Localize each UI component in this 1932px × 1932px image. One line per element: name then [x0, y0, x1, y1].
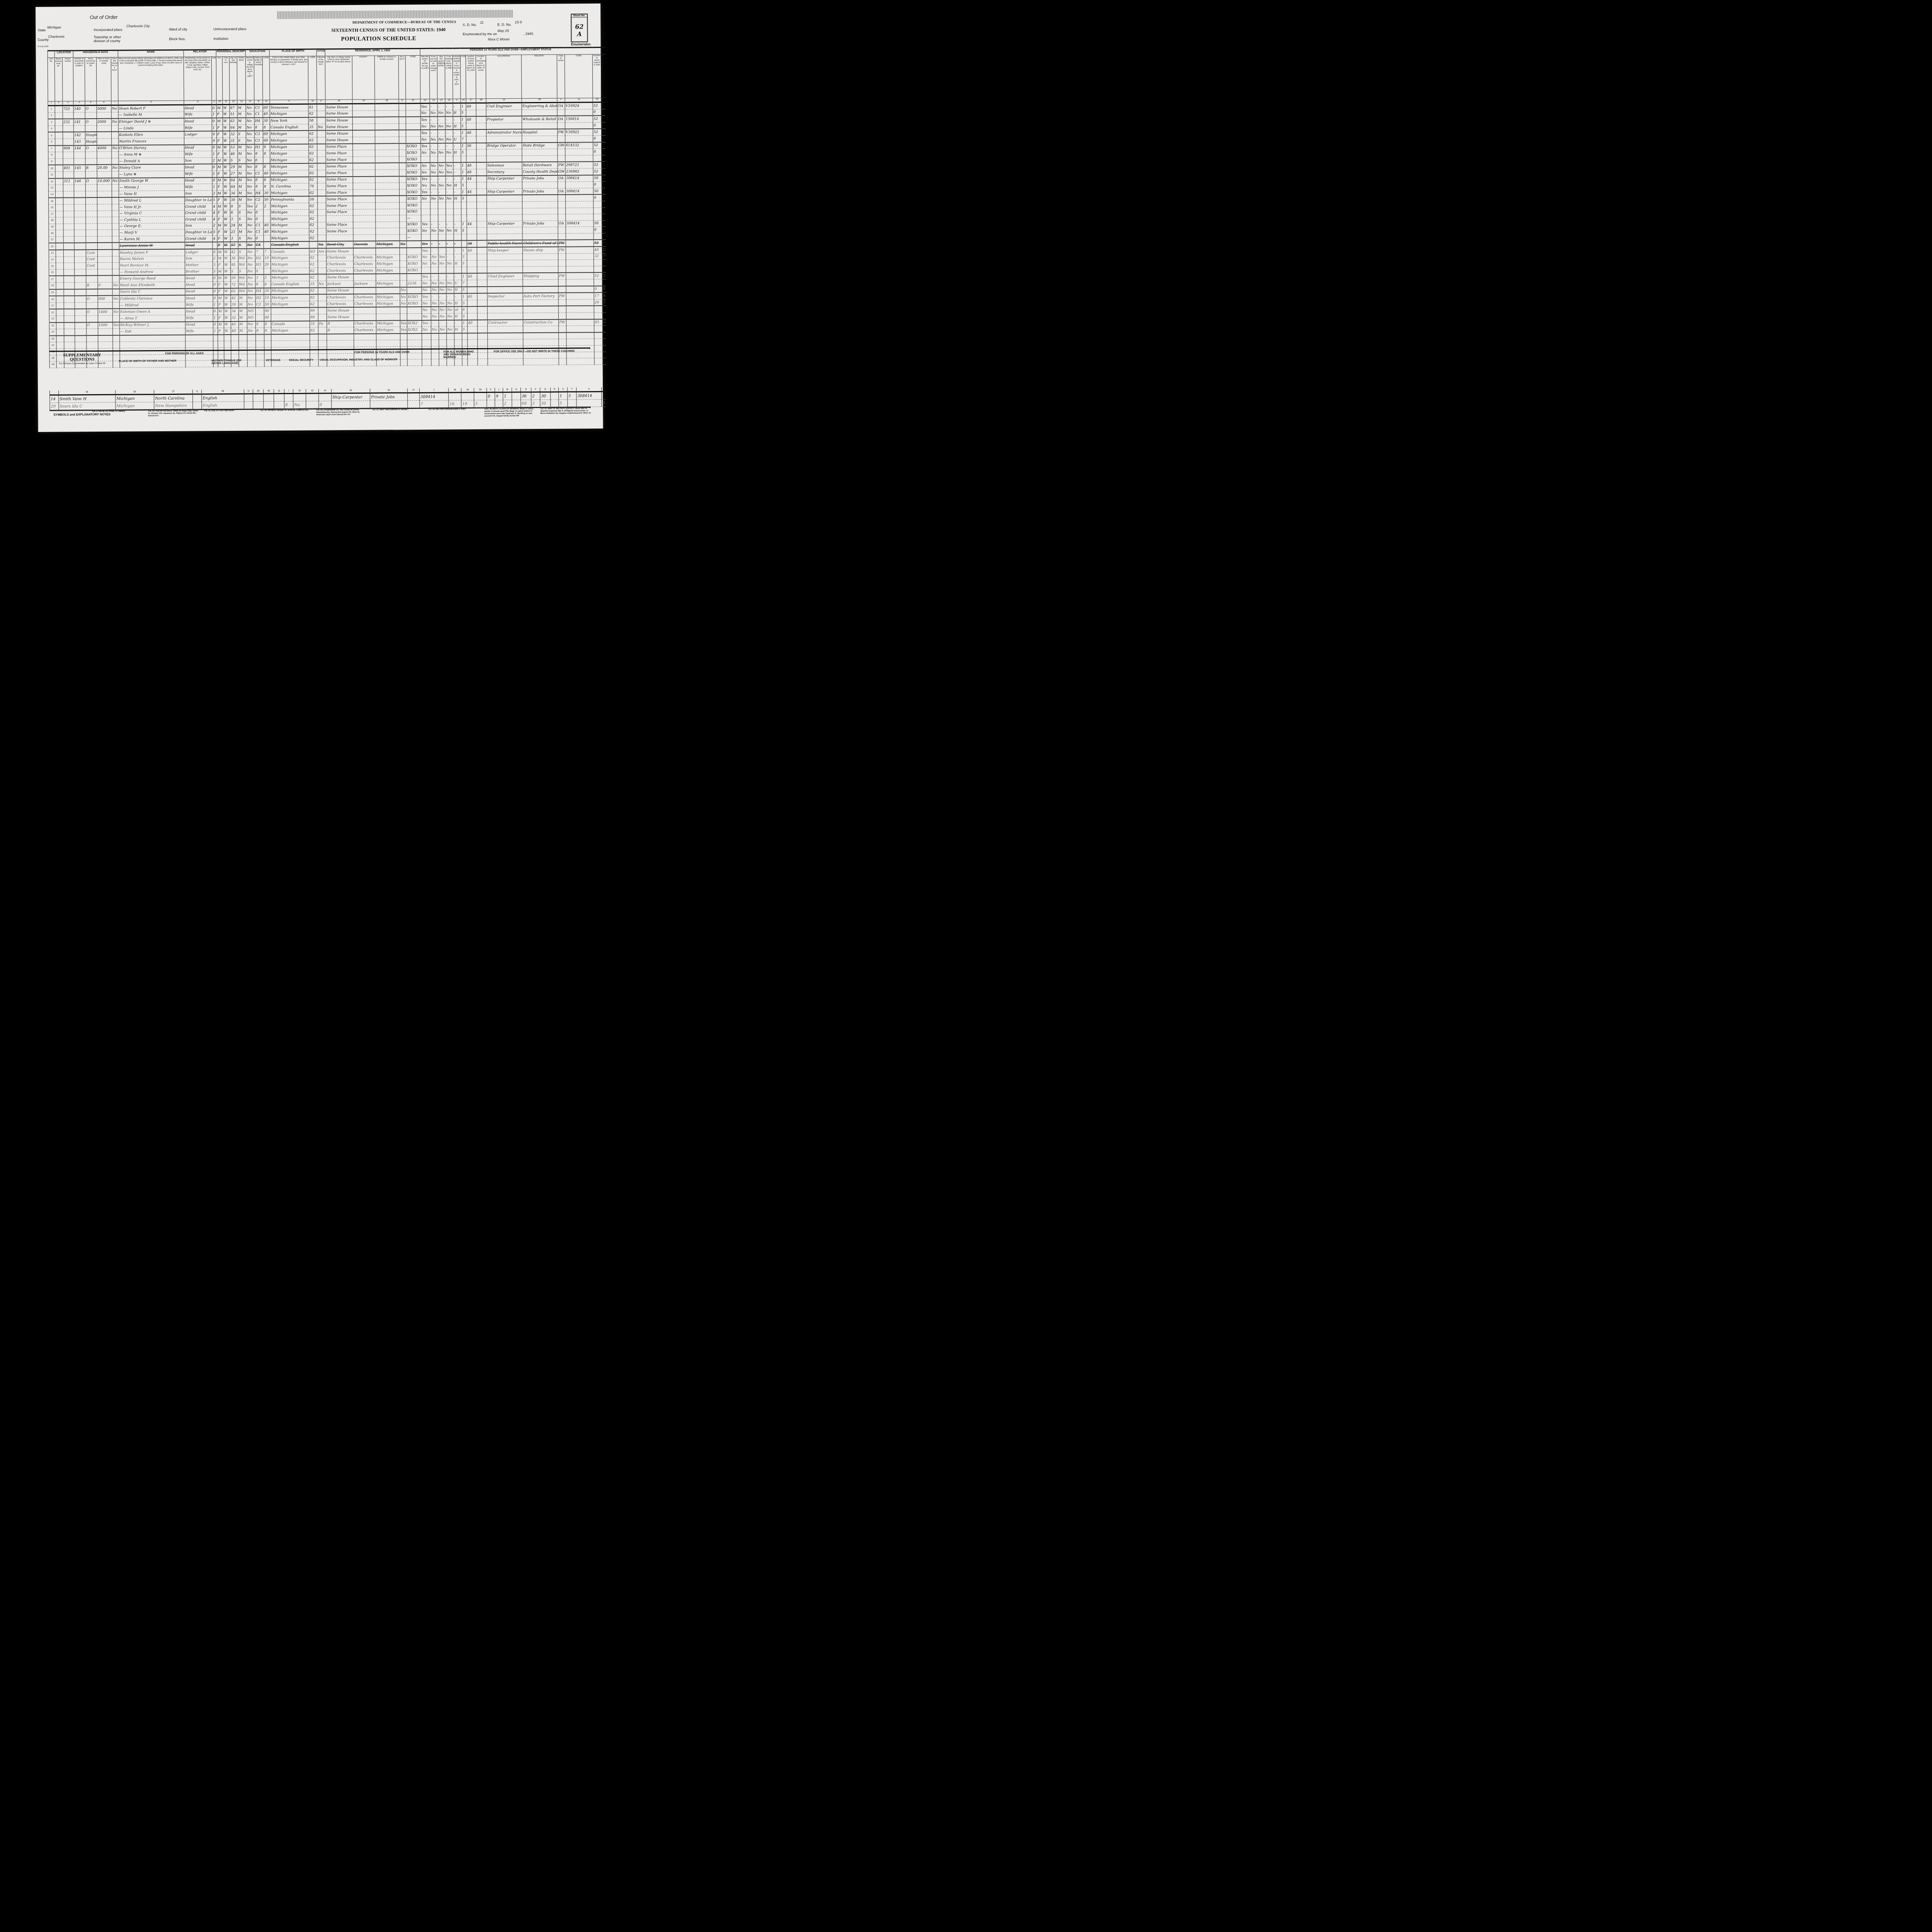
supp-cell-code-h [244, 401, 253, 409]
cell-res-city: R [327, 327, 354, 334]
column-description: House number [62, 58, 73, 101]
cell-line: 12 [48, 178, 55, 185]
cell-res-county [353, 189, 375, 196]
cell-age: 51 [230, 111, 237, 118]
cell-birthplace: Canada English [270, 124, 308, 131]
cell-has-job [446, 202, 454, 209]
cell-occupation: Chief Engineer [487, 273, 523, 280]
cell-sex: M [217, 164, 223, 170]
cell-occupation [487, 306, 523, 313]
cell-seeking [438, 156, 446, 163]
cell-birthplace: Michigan [270, 157, 309, 164]
cell-citizen [318, 196, 326, 203]
cell-birthplace: Michigan [270, 163, 309, 170]
cell-code-c [310, 340, 318, 347]
cell-weeks-unemp [477, 254, 487, 260]
cell-house [63, 230, 74, 236]
cell-code-b: 90 [264, 308, 271, 315]
supplementary-column-number: 39 [253, 389, 264, 394]
cell-age: 39 [231, 301, 238, 308]
cell-seeking: No [437, 110, 445, 117]
cell-race: W [223, 124, 230, 131]
cell-street [56, 204, 63, 211]
sheet-number-value: 62 A [571, 23, 587, 37]
sub-mother-tongue: MOTHER TONGUE (OR NATIVE LANGUAGE) [212, 359, 250, 365]
cell-hours: 48 [466, 129, 476, 136]
cell-wages [602, 279, 606, 286]
cell-line: 13 [48, 185, 55, 191]
cell-other: - [454, 221, 461, 228]
cell-tenure [86, 236, 97, 243]
cell-marital: M [237, 124, 246, 131]
cell-race: W [223, 164, 230, 170]
cell-code-f [565, 149, 593, 155]
cell-relation: Wife [184, 111, 212, 118]
cell-code-b: 8 [264, 281, 271, 288]
cell-res-farm [399, 156, 406, 163]
cell-hours [467, 260, 477, 267]
cell-line: 24 [49, 257, 56, 263]
cell-weeks-1939: 17 [594, 293, 602, 299]
cell-other: H [453, 110, 461, 116]
cell-industry [522, 149, 558, 155]
supp-cell-line: 14 [50, 395, 59, 403]
cell-street [55, 145, 63, 152]
cell-birthplace: New York [270, 117, 308, 124]
cell-emergency [430, 202, 438, 209]
cell-age: 32 [231, 315, 238, 321]
cell-other [454, 333, 462, 340]
cell-emergency: - [430, 248, 438, 254]
cell-school: No [247, 216, 255, 223]
cell-emergency [431, 340, 439, 347]
cell-cow: OA [557, 116, 565, 122]
cell-hh [73, 126, 85, 132]
cell-other: - [453, 176, 461, 182]
cell-street [56, 230, 63, 236]
cell-weeks-1939: 0 [593, 109, 601, 116]
cell-weeks-unemp [478, 340, 488, 346]
cell-seeking: - [438, 130, 446, 136]
supp-cell-o: 68 [521, 400, 531, 407]
column-number: 20 [375, 99, 399, 104]
cell-citizen [318, 274, 327, 281]
column-number: 31 [565, 98, 593, 102]
cell-relation: Lodger [184, 131, 212, 138]
cell-value [98, 335, 113, 342]
cell-res-city: Charlevoix [327, 255, 354, 261]
cell-relation: Head [185, 295, 213, 302]
cell-line: 33 [49, 316, 56, 322]
cell-hours: 48 [466, 162, 476, 169]
cell-wages [602, 207, 606, 214]
column-description: Color or race [222, 56, 230, 100]
cell-street [55, 191, 63, 198]
cell-has-job: - [446, 221, 454, 228]
cell-code-f: V16924 [565, 102, 593, 109]
cell-has-job: - [446, 130, 453, 136]
cell-wages: 0 [602, 220, 606, 227]
cell-code-e [461, 202, 467, 209]
cell-relation: Son [184, 190, 212, 197]
cell-code-f [566, 326, 594, 333]
cell-res-state [375, 143, 399, 150]
cell-grade: 8 [256, 328, 264, 334]
column-description: On a farm? [398, 56, 406, 99]
cell-cow [558, 260, 566, 266]
cell-res-county [354, 274, 376, 281]
cell-wages: 0 [602, 286, 606, 293]
cell-emergency: - [430, 103, 437, 110]
cell-weeks-1939 [594, 345, 603, 352]
supp-cell-code-i: 8 [284, 401, 293, 408]
cell-grade [255, 315, 264, 321]
column-group-10 [601, 47, 606, 54]
population-schedule-table: LOCATIONHOUSEHOLD DATANAMERELATIONPERSON… [48, 47, 606, 368]
block-label: Block Nos. [169, 37, 185, 41]
cell-wages: 1040 [602, 168, 606, 175]
cell-weeks-unemp [477, 306, 487, 313]
cell-name: Sears Ida C [119, 288, 185, 296]
cell-code-c: 62 [308, 111, 317, 117]
cell-wages: 2327 [602, 272, 606, 279]
cell-res-state [375, 150, 399, 156]
cell-code-a: 2 [213, 255, 217, 262]
cell-weeks-unemp [477, 273, 487, 280]
cell-name [120, 335, 185, 342]
cell-value [97, 217, 112, 223]
column-number: 12 [230, 100, 237, 104]
cell-street [56, 211, 63, 218]
cell-citizen [318, 235, 326, 241]
cell-emergency: - [431, 320, 439, 327]
cell-house: 311 [63, 178, 74, 185]
cell-relation: Daughter in Law [185, 229, 213, 236]
sd-value: 11 [480, 20, 483, 24]
cell-grade: 0 [255, 235, 264, 242]
cell-birthplace: Michigan [270, 222, 309, 229]
cell-emergency: - [430, 117, 437, 123]
cell-relation: Daughter in Law [185, 197, 213, 204]
cell-res-county: Charlevoix [354, 327, 376, 333]
cell-hours [467, 208, 477, 215]
cell-res-state [376, 228, 400, 235]
cell-relation: Wife [185, 315, 213, 322]
cell-name: — George E. [119, 223, 185, 230]
cell-res-county [353, 228, 376, 235]
cell-citizen [318, 222, 326, 229]
supplementary-table: 353637G38H394041I424344454647J484950KLMN… [49, 387, 606, 410]
cell-wages: 0 [602, 194, 606, 201]
cell-code-c: 62 [309, 190, 317, 196]
cell-code-f [566, 233, 594, 240]
cell-age: 29 [230, 164, 238, 170]
footnotes-section: SYMBOLS and EXPLANATORY NOTES Col. 5. VA… [49, 407, 590, 430]
cell-code-e: 1 [461, 247, 467, 254]
supp-cell-father: Michigan [116, 395, 154, 403]
cell-at-work [421, 215, 430, 221]
cell-code-e: 7 [461, 136, 466, 143]
cell-res-city: Same Place [326, 170, 353, 177]
cell-house [63, 191, 74, 198]
cell-code-c: 62 [309, 216, 318, 222]
cell-tenure [85, 112, 97, 119]
column-number: D [399, 99, 406, 104]
cell-code-d: XOX2 [407, 320, 422, 327]
cell-hours [467, 280, 477, 287]
cell-name: Hawley James F [119, 249, 185, 256]
cell-sex: F [217, 235, 223, 242]
cell-occupation [486, 123, 522, 130]
cell-emergency: - [431, 294, 439, 300]
cell-birthplace: Canada [270, 248, 309, 255]
supp-cell-usual-ind [370, 401, 408, 408]
cell-house [63, 204, 74, 211]
cell-age: 34 [231, 308, 238, 315]
cell-hours [468, 327, 478, 333]
cell-marital [239, 341, 247, 348]
cell-line: 32 [49, 309, 56, 316]
cell-farm [112, 289, 119, 296]
cell-at-work [421, 202, 430, 209]
cell-school: No [246, 164, 255, 170]
supp-cell-code-j: 7 [420, 400, 449, 408]
cell-res-county [354, 314, 376, 320]
cell-relation: Grand child [185, 210, 213, 216]
cell-race: W [223, 203, 230, 210]
cell-code-d: XOXO [407, 267, 422, 274]
cell-citizen [317, 150, 326, 157]
cell-hours [466, 150, 476, 156]
cell-code-f [566, 266, 594, 273]
cell-line: 18 [49, 217, 56, 224]
cell-citizen [318, 308, 327, 314]
cell-cow: GW [558, 168, 565, 175]
cell-house [63, 152, 74, 158]
cell-farm [112, 197, 119, 204]
cell-has-job: No [446, 136, 453, 143]
cell-cow: OA [558, 175, 565, 182]
cell-sex: M [217, 223, 223, 229]
cell-marital: M [239, 328, 247, 334]
cell-weeks-unemp [478, 327, 488, 333]
column-number: A [184, 100, 212, 105]
cell-other: H [453, 182, 461, 189]
cell-code-d: XOXO [406, 156, 421, 163]
cell-weeks-1939: 32 [594, 253, 602, 260]
cell-code-f [566, 253, 594, 260]
cell-other [454, 208, 461, 215]
cell-wages [602, 233, 606, 240]
column-description: Was this person SEEKING WORK? [437, 55, 445, 99]
cell-line: 29 [49, 289, 56, 296]
cell-tenure: R [85, 165, 97, 171]
cell-occupation [487, 234, 522, 241]
cell-code-d: — [406, 215, 421, 222]
supp-cell-c44: 0 [319, 401, 332, 408]
cell-has-job: - [446, 294, 454, 300]
cell-occupation [487, 267, 523, 274]
cell-grade: 0 [255, 157, 263, 164]
cell-weeks-unemp [477, 228, 487, 234]
supplementary-column-number: 42 [293, 389, 306, 394]
cell-tenure [86, 302, 98, 309]
cell-seeking: - [439, 294, 446, 300]
cell-weeks-unemp [477, 214, 487, 221]
cell-value: 1400 [98, 309, 112, 315]
cell-weeks-unemp [476, 110, 486, 116]
cell-code-e [462, 340, 468, 346]
cell-grade: 8 [255, 177, 263, 184]
cell-age: 36 [230, 255, 238, 262]
cell-code-d [406, 248, 421, 254]
cell-occupation: Ship Carpenter [486, 175, 522, 182]
cell-race: W [223, 229, 230, 236]
cell-hours [467, 215, 477, 221]
cell-age: 45 [231, 321, 239, 328]
cell-hours [466, 123, 476, 129]
cell-line: 10 [48, 165, 55, 172]
cell-marital: S [238, 131, 246, 138]
cell-street [55, 139, 63, 145]
cell-code-f [566, 227, 594, 233]
cell-code-e [462, 267, 467, 274]
cell-relation: Head [184, 164, 212, 171]
cell-code-b: 7 [264, 248, 270, 255]
cell-at-work: No [421, 169, 430, 176]
cell-relation: Head [184, 105, 212, 112]
cell-citizen [317, 177, 326, 183]
column-number: 27 [466, 99, 476, 103]
cell-cow: PW [558, 247, 566, 253]
cell-code-b [264, 268, 271, 275]
cell-house [63, 132, 73, 139]
cell-code-c: 62 [310, 268, 318, 274]
cell-school: Yes [247, 203, 255, 210]
cell-grade: 0 [255, 268, 264, 275]
cell-name: — Donald A [119, 158, 184, 165]
cell-farm: No [111, 105, 118, 112]
cell-code-a: 0 [213, 321, 218, 328]
cell-at-work: Yes [421, 248, 430, 254]
cell-name: — Virginia C [119, 210, 185, 217]
cell-line: 20 [49, 230, 56, 236]
cell-res-county [352, 124, 375, 130]
cell-occupation: Civil Engineer [486, 103, 522, 110]
cell-house [63, 172, 74, 178]
cell-res-state: Michigan [376, 254, 400, 261]
cell-line: 28 [49, 282, 56, 289]
cell-code-c: 62 [310, 287, 318, 294]
cell-sex: M [217, 190, 223, 197]
cell-wages: 900 [602, 162, 606, 168]
cell-name: O'Brien Harvey [119, 145, 184, 151]
cell-marital: M [237, 118, 246, 124]
cell-code-a: 1 [213, 328, 218, 335]
cell-relation: Grand child [185, 204, 213, 210]
cell-race: W [223, 242, 230, 249]
cell-emergency: No [430, 150, 438, 156]
cell-code-e: 1 [461, 176, 466, 182]
cell-name: — Lyna ⊗ [119, 171, 184, 178]
cell-emergency: No [430, 110, 437, 117]
cell-street [56, 217, 63, 224]
cell-hh: 141 [73, 119, 85, 125]
cell-value [97, 184, 112, 191]
cell-tenure [85, 152, 97, 158]
cell-race: W [223, 170, 230, 177]
cell-street [56, 263, 64, 269]
cell-line: 1 [48, 105, 55, 112]
column-description: CODE [460, 55, 466, 99]
cell-res-county [353, 215, 376, 222]
supp-cell-q: 30 [540, 392, 551, 400]
cell-weeks-1939: 52 [593, 102, 601, 109]
cell-code-a: 0 [213, 295, 218, 301]
cell-code-b: 3 [264, 275, 271, 281]
cell-wages [603, 332, 606, 339]
cell-cow: PW [558, 162, 565, 168]
cell-house [64, 303, 75, 309]
cell-citizen [317, 157, 326, 163]
cell-res-county [354, 287, 376, 294]
cell-race: W [224, 281, 231, 288]
cell-citizen [317, 183, 326, 190]
cell-code-c: 62 [310, 274, 318, 281]
cell-other: - [453, 116, 461, 123]
cell-farm [112, 171, 119, 178]
cell-industry [522, 208, 558, 214]
cell-code-b: 90 [264, 315, 271, 321]
cell-res-city: R [327, 321, 354, 328]
cell-birthplace: Michigan [270, 137, 309, 144]
cell-hours [467, 228, 477, 234]
cell-weeks-1939 [593, 155, 602, 162]
cell-house [64, 269, 75, 276]
cell-value [97, 236, 112, 243]
supplementary-column-number: N [512, 388, 521, 392]
cell-res-state: Michigan [376, 320, 400, 327]
cell-at-work [422, 267, 431, 274]
column-description: Highest grade of school completed [254, 56, 263, 100]
cell-occupation: Ship Carpenter [487, 221, 522, 228]
cell-seeking: - [438, 176, 446, 182]
cell-weeks-unemp [476, 116, 486, 123]
cell-grade: C1 [255, 229, 264, 235]
cell-weeks-unemp [477, 293, 487, 300]
cell-res-farm [399, 137, 406, 143]
cell-line: 15 [49, 198, 56, 204]
cell-house [63, 243, 74, 250]
cell-line: 19 [49, 224, 56, 230]
cell-other [454, 202, 461, 209]
column-group-3: RELATION [184, 50, 216, 57]
cell-res-state: Michigan [376, 301, 400, 307]
supplementary-column-number: V [602, 387, 606, 392]
cell-has-job: - [445, 103, 453, 110]
cell-citizen [318, 287, 327, 294]
cell-code-d [406, 123, 420, 130]
column-description: Number of household in order of visitati… [73, 58, 85, 101]
cell-code-f [566, 286, 594, 293]
column-number: 14 [246, 100, 254, 104]
cell-name: Staley Clare [119, 164, 184, 171]
cell-marital: M [238, 308, 247, 315]
cell-citizen [317, 170, 326, 177]
cell-occupation [487, 286, 523, 293]
cell-seeking [439, 340, 447, 346]
supp-cell-usual-occ: Ship Carpenter [332, 393, 370, 401]
